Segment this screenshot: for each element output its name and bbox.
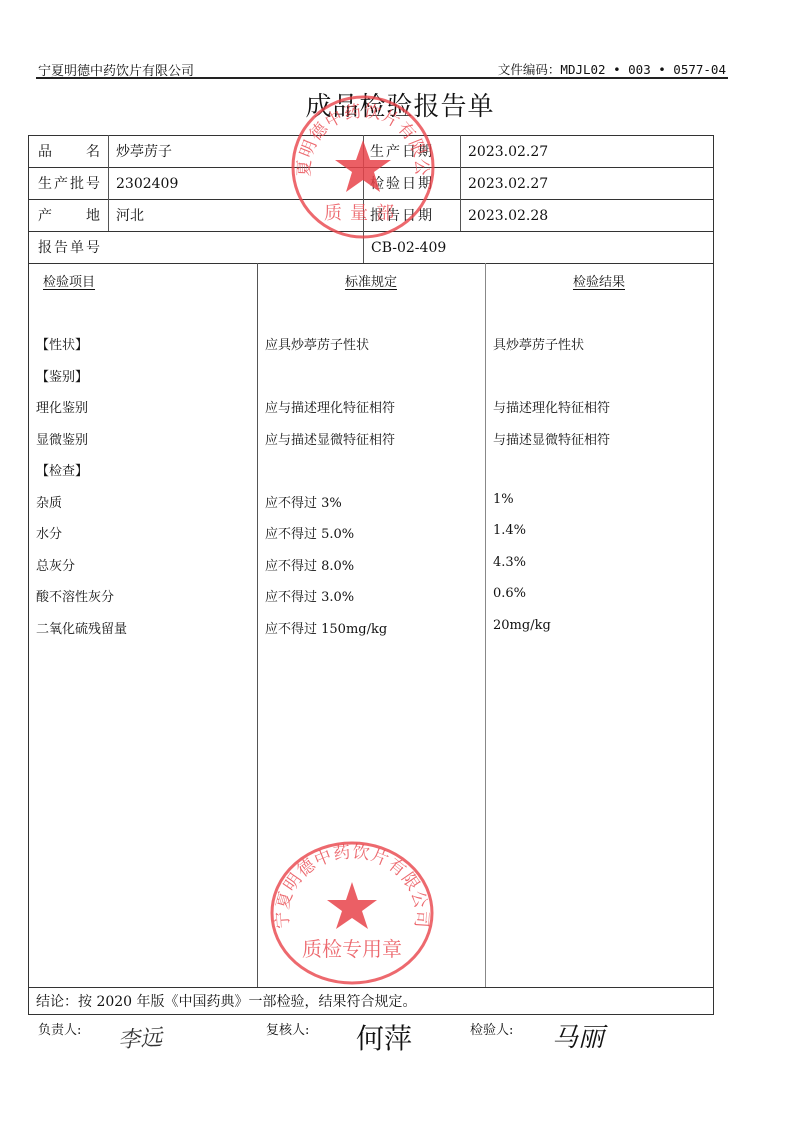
divider bbox=[460, 135, 461, 231]
divider bbox=[28, 199, 714, 200]
batch-label: 生产批号 bbox=[38, 175, 102, 193]
test-standard: 应与描述显微特征相符 bbox=[265, 429, 395, 448]
responsible-signature: 李远 bbox=[117, 1021, 163, 1055]
inspector-label: 检验人: bbox=[470, 1019, 513, 1038]
test-item: 杂质 bbox=[36, 492, 62, 511]
test-result: 1.4% bbox=[493, 523, 526, 538]
test-standard: 应与描述理化特征相符 bbox=[265, 397, 395, 416]
test-result: 0.6% bbox=[493, 586, 526, 601]
product-name-label: 品名 bbox=[38, 143, 100, 161]
test-item: 酸不溶性灰分 bbox=[36, 586, 114, 605]
conclusion: 结论：按 2020 年版《中国药典》一部检验，结果符合规定。 bbox=[36, 993, 417, 1011]
divider bbox=[108, 135, 109, 231]
test-item: 理化鉴别 bbox=[36, 397, 88, 416]
column-header-item: 检验项目 bbox=[43, 271, 95, 290]
divider bbox=[257, 263, 258, 988]
divider bbox=[28, 167, 714, 168]
test-item: 二氧化硫残留量 bbox=[36, 618, 127, 637]
document-code: 文件编码：MDJL02 • 003 • 0577-04 bbox=[498, 60, 726, 78]
batch-value: 2302409 bbox=[116, 175, 178, 193]
divider bbox=[28, 987, 714, 988]
report-table bbox=[28, 135, 714, 1015]
header-divider bbox=[36, 77, 728, 79]
test-result: 与描述显微特征相符 bbox=[493, 429, 610, 448]
production-date-label: 生产日期 bbox=[370, 143, 434, 161]
test-item: 总灰分 bbox=[36, 555, 75, 574]
test-result: 1% bbox=[493, 492, 514, 507]
divider bbox=[28, 263, 714, 264]
test-standard: 应不得过 5.0% bbox=[265, 523, 354, 542]
test-standard: 应不得过 150mg/kg bbox=[265, 618, 387, 637]
report-title: 成品检验报告单 bbox=[0, 86, 800, 123]
divider bbox=[28, 231, 714, 232]
inspection-date-label: 检验日期 bbox=[370, 175, 434, 193]
report-date-value: 2023.02.28 bbox=[468, 207, 548, 225]
column-header-standard: 标准规定 bbox=[257, 271, 485, 290]
test-standard: 应不得过 3.0% bbox=[265, 586, 354, 605]
test-result: 具炒葶苈子性状 bbox=[493, 334, 584, 353]
column-header-result: 检验结果 bbox=[485, 271, 713, 290]
test-standard: 应具炒葶苈子性状 bbox=[265, 334, 369, 353]
divider bbox=[485, 263, 486, 988]
test-item: 水分 bbox=[36, 523, 62, 542]
inspector-signature: 马丽 bbox=[552, 1017, 604, 1054]
product-name-value: 炒葶苈子 bbox=[116, 143, 172, 161]
document-code-label: 文件编码： bbox=[498, 62, 561, 77]
test-item: 【检查】 bbox=[36, 460, 88, 479]
test-item: 【鉴别】 bbox=[36, 366, 88, 385]
divider bbox=[363, 135, 364, 263]
test-standard: 应不得过 3% bbox=[265, 492, 342, 511]
production-date-value: 2023.02.27 bbox=[468, 143, 548, 161]
origin-label: 产地 bbox=[38, 207, 100, 225]
inspection-date-value: 2023.02.27 bbox=[468, 175, 548, 193]
report-date-label: 报告日期 bbox=[370, 207, 434, 225]
origin-value: 河北 bbox=[116, 207, 144, 225]
test-result: 4.3% bbox=[493, 555, 526, 570]
reviewer-label: 复核人: bbox=[266, 1019, 309, 1038]
reviewer-signature: 何萍 bbox=[356, 1017, 412, 1057]
report-no-value: CB-02-409 bbox=[371, 239, 446, 257]
test-item: 【性状】 bbox=[36, 334, 88, 353]
test-standard: 应不得过 8.0% bbox=[265, 555, 354, 574]
test-result: 20mg/kg bbox=[493, 618, 551, 633]
test-item: 显微鉴别 bbox=[36, 429, 88, 448]
report-no-label: 报告单号 bbox=[38, 239, 102, 257]
document-code-value: MDJL02 • 003 • 0577-04 bbox=[560, 62, 726, 77]
responsible-label: 负责人: bbox=[38, 1019, 81, 1038]
test-result: 与描述理化特征相符 bbox=[493, 397, 610, 416]
